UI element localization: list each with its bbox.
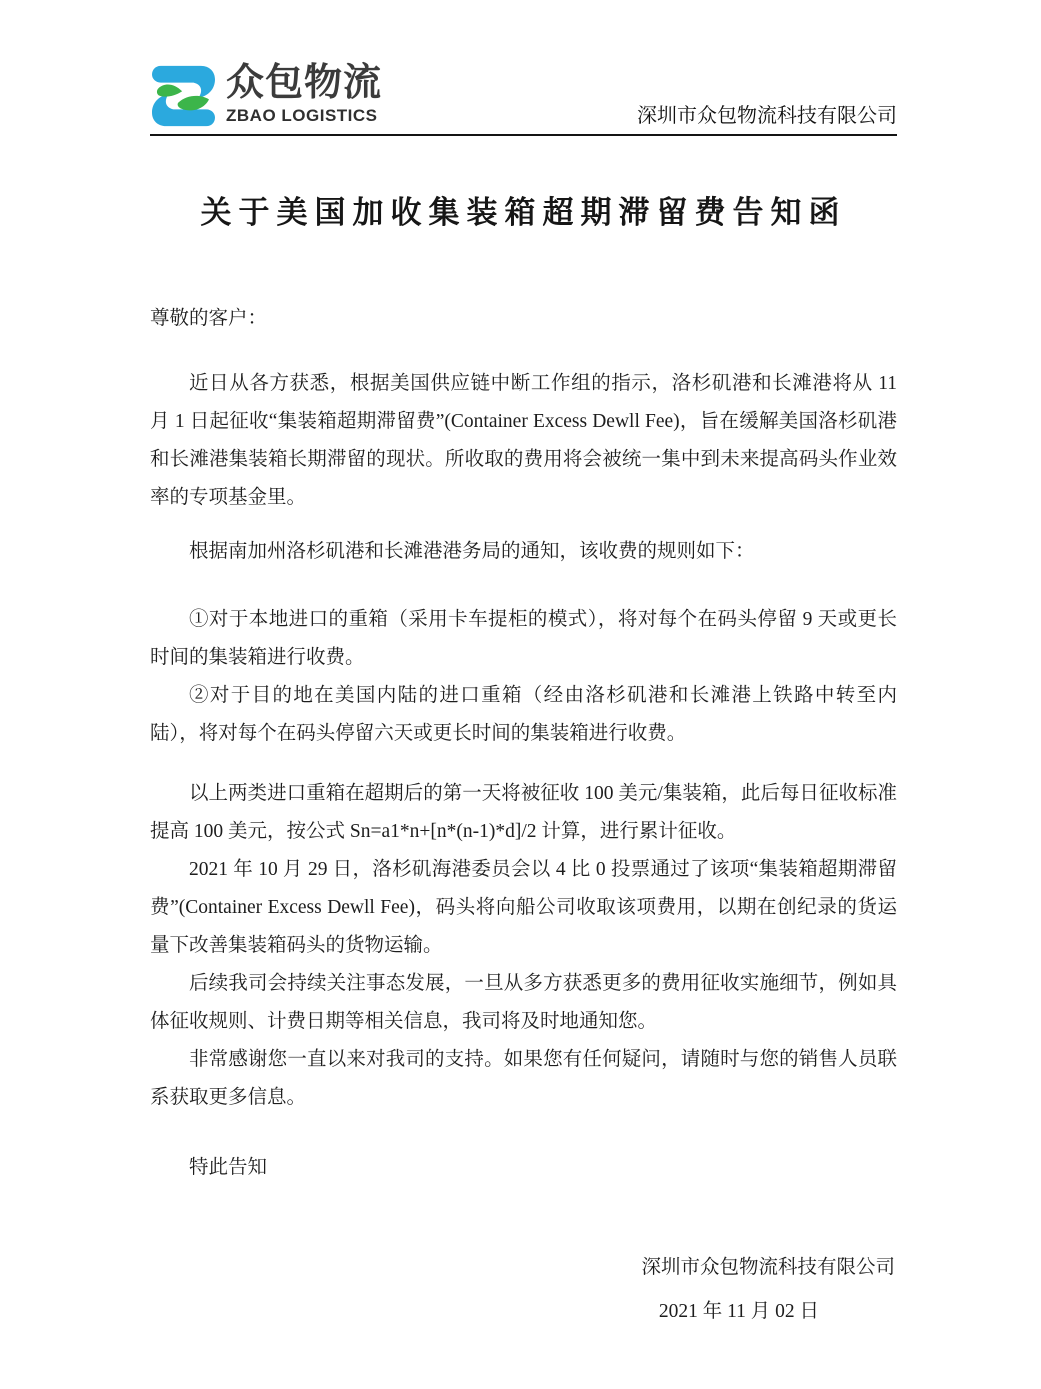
- brand-text: 众包物流 ZBAO LOGISTICS: [226, 62, 382, 126]
- document-page: 众包物流 ZBAO LOGISTICS 深圳市众包物流科技有限公司 关于美国加收…: [0, 0, 1041, 1389]
- closing-notice: 特此告知: [150, 1149, 897, 1187]
- letterhead: 众包物流 ZBAO LOGISTICS 深圳市众包物流科技有限公司: [150, 62, 897, 136]
- paragraph-thanks: 非常感谢您一直以来对我司的支持。如果您有任何疑问，请随时与您的销售人员联系获取更…: [150, 1041, 897, 1117]
- zbao-logo-icon: [150, 62, 217, 130]
- paragraph-rule-2: ②对于目的地在美国内陆的进口重箱（经由洛杉矶港和长滩港上铁路中转至内陆），将对每…: [150, 677, 897, 753]
- paragraph-fee-formula: 以上两类进口重箱在超期后的第一天将被征收 100 美元/集装箱，此后每日征收标准…: [150, 775, 897, 851]
- letterhead-company-name: 深圳市众包物流科技有限公司: [637, 103, 897, 130]
- paragraph-rule-1: ①对于本地进口的重箱（采用卡车提柜的模式），将对每个在码头停留 9 天或更长时间…: [150, 601, 897, 677]
- signature-date: 2021 年 11 月 02 日: [150, 1293, 897, 1331]
- brand: 众包物流 ZBAO LOGISTICS: [150, 62, 382, 130]
- paragraph-follow-up: 后续我司会持续关注事态发展，一旦从多方获悉更多的费用征收实施细节，例如具体征收规…: [150, 965, 897, 1041]
- paragraph-rules-lead: 根据南加州洛杉矶港和长滩港港务局的通知，该收费的规则如下：: [150, 533, 897, 571]
- brand-name-en: ZBAO LOGISTICS: [226, 106, 382, 126]
- paragraph-vote: 2021 年 10 月 29 日，洛杉矶海港委员会以 4 比 0 投票通过了该项…: [150, 851, 897, 965]
- document-title: 关于美国加收集装箱超期滞留费告知函: [150, 192, 897, 234]
- paragraph-intro: 近日从各方获悉，根据美国供应链中断工作组的指示，洛杉矶港和长滩港将从 11 月 …: [150, 365, 897, 517]
- brand-name-cn: 众包物流: [226, 62, 382, 104]
- letter-body: 关于美国加收集装箱超期滞留费告知函 尊敬的客户： 近日从各方获悉，根据美国供应链…: [150, 192, 897, 1331]
- signature-block: 深圳市众包物流科技有限公司 2021 年 11 月 02 日: [150, 1249, 897, 1331]
- salutation: 尊敬的客户：: [150, 300, 897, 338]
- signature-company: 深圳市众包物流科技有限公司: [150, 1249, 897, 1287]
